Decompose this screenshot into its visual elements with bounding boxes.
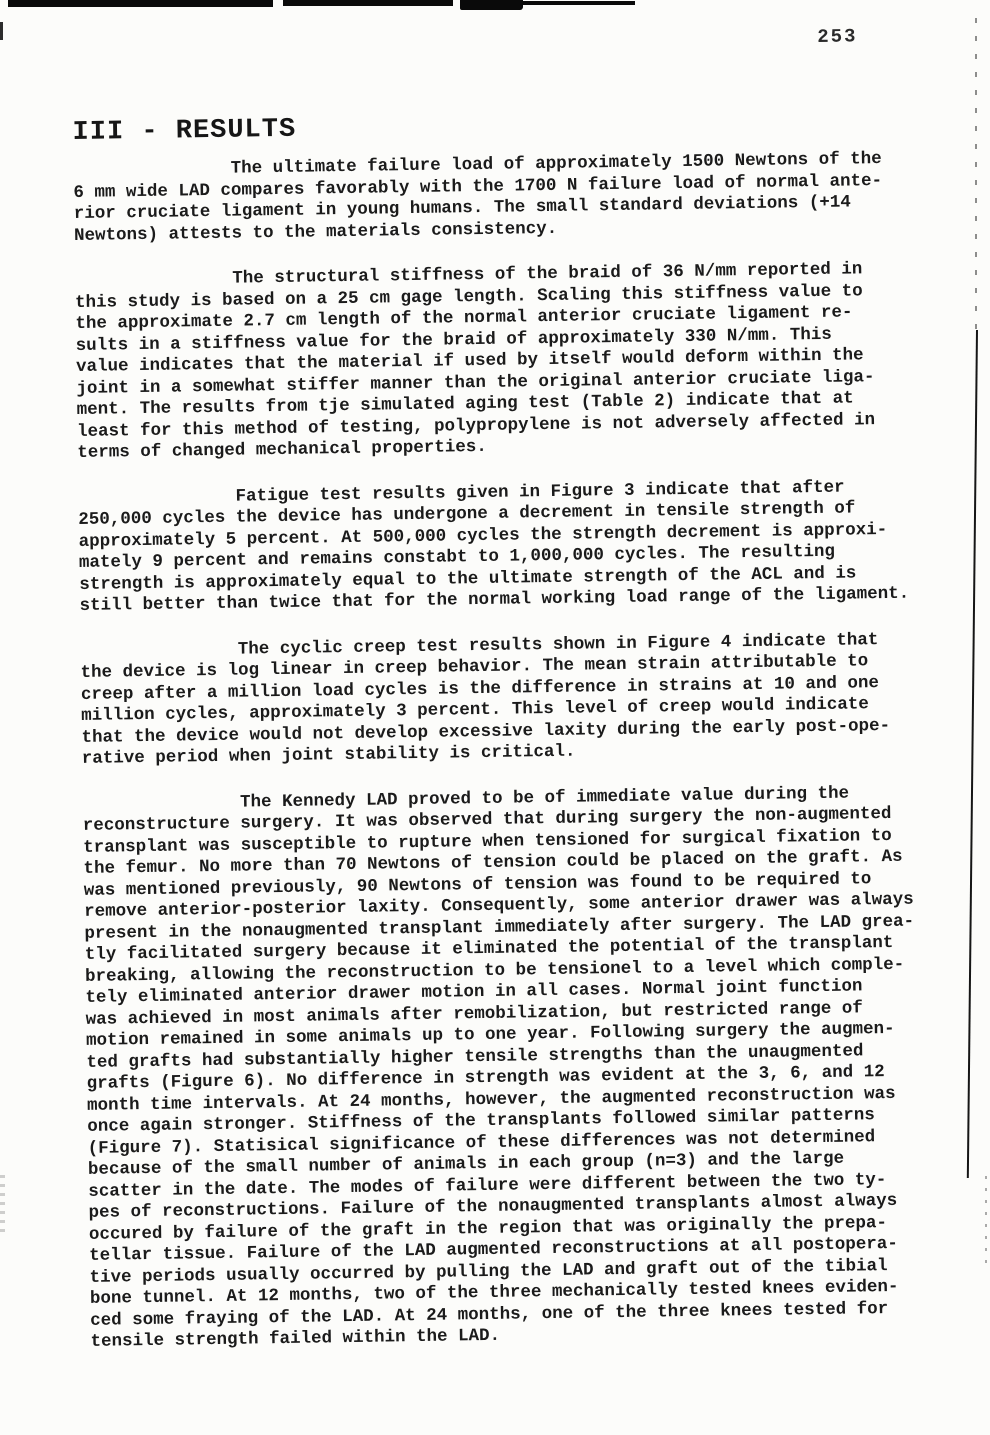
page-number: 253 (817, 25, 858, 48)
page-content: 253 III - RESULTS The ultimate failure l… (0, 0, 990, 1435)
scanned-page: 253 III - RESULTS The ultimate failure l… (0, 0, 990, 1435)
text-column: III - RESULTS The ultimate failure load … (72, 105, 951, 1377)
paragraph: Fatigue test results given in Figure 3 i… (78, 476, 940, 618)
paragraph: The ultimate failure load of approximate… (73, 148, 934, 247)
paragraph: The structural stiffness of the braid of… (75, 258, 938, 464)
paragraphs-container: The ultimate failure load of approximate… (73, 148, 951, 1353)
section-heading: III - RESULTS (72, 105, 932, 148)
left-edge-scan-mark-faint (0, 1175, 5, 1237)
paragraph: The cyclic creep test results shown in F… (80, 629, 942, 771)
paragraph: The Kennedy LAD proved to be of immediat… (82, 782, 950, 1354)
